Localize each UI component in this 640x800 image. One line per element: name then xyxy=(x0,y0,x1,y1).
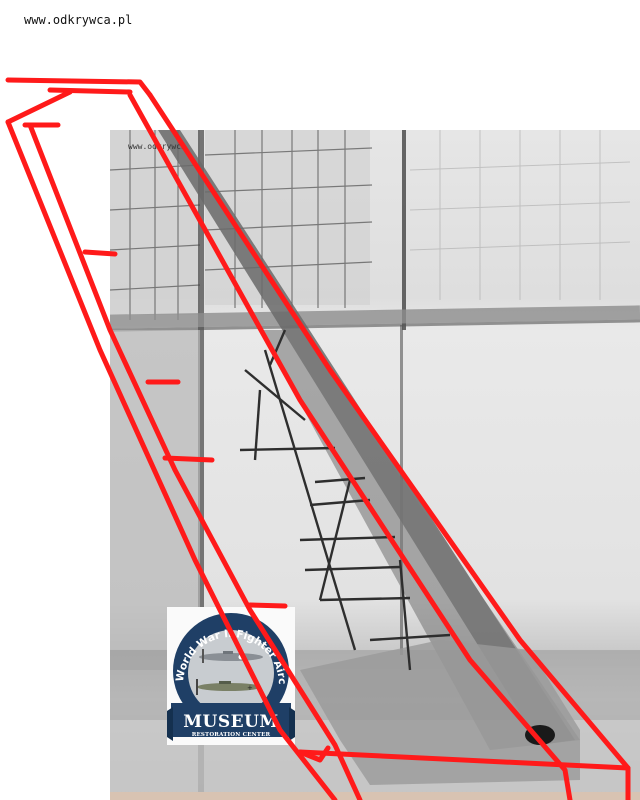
site-url-label: www.odkrywca.pl xyxy=(24,13,132,27)
photo-watermark: www.odkrywca xyxy=(128,142,186,151)
svg-text:+: + xyxy=(247,684,253,692)
museum-logo: + World War II Fighter Aircraft Foundati… xyxy=(167,607,295,745)
logo-title: MUSEUM xyxy=(167,712,295,732)
logo-subtitle: RESTORATION CENTER xyxy=(167,732,295,738)
